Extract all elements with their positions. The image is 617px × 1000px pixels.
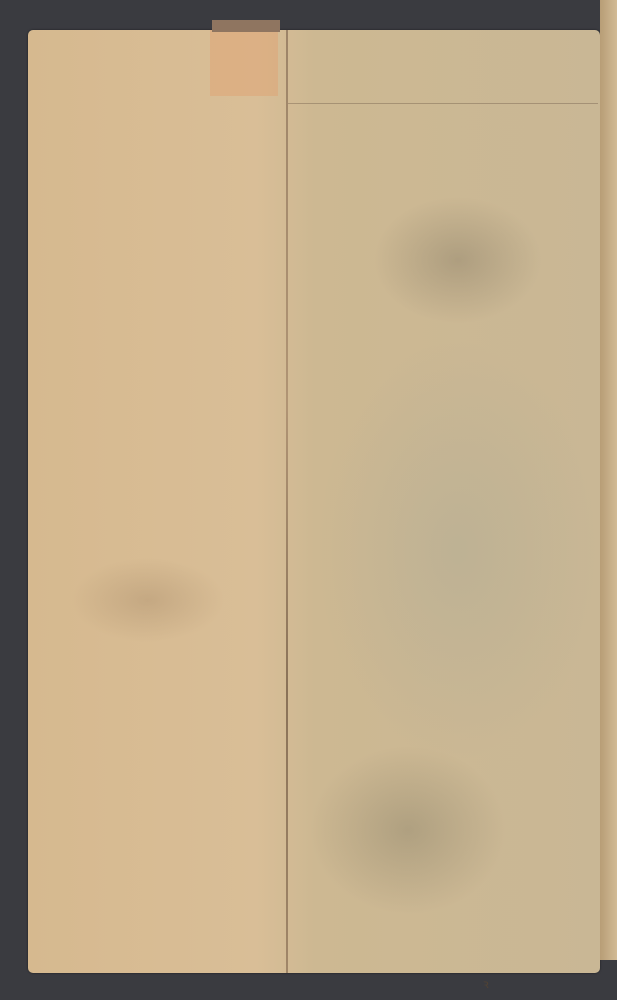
adjacent-page-edge: [600, 0, 617, 960]
ink-mark: ꝛ: [483, 975, 489, 992]
paper-stain: [210, 30, 278, 96]
tab-strip: [212, 20, 280, 32]
ruled-line: [288, 103, 598, 104]
manuscript-page: ꝛ: [28, 30, 600, 973]
paper-seam: [286, 30, 288, 973]
